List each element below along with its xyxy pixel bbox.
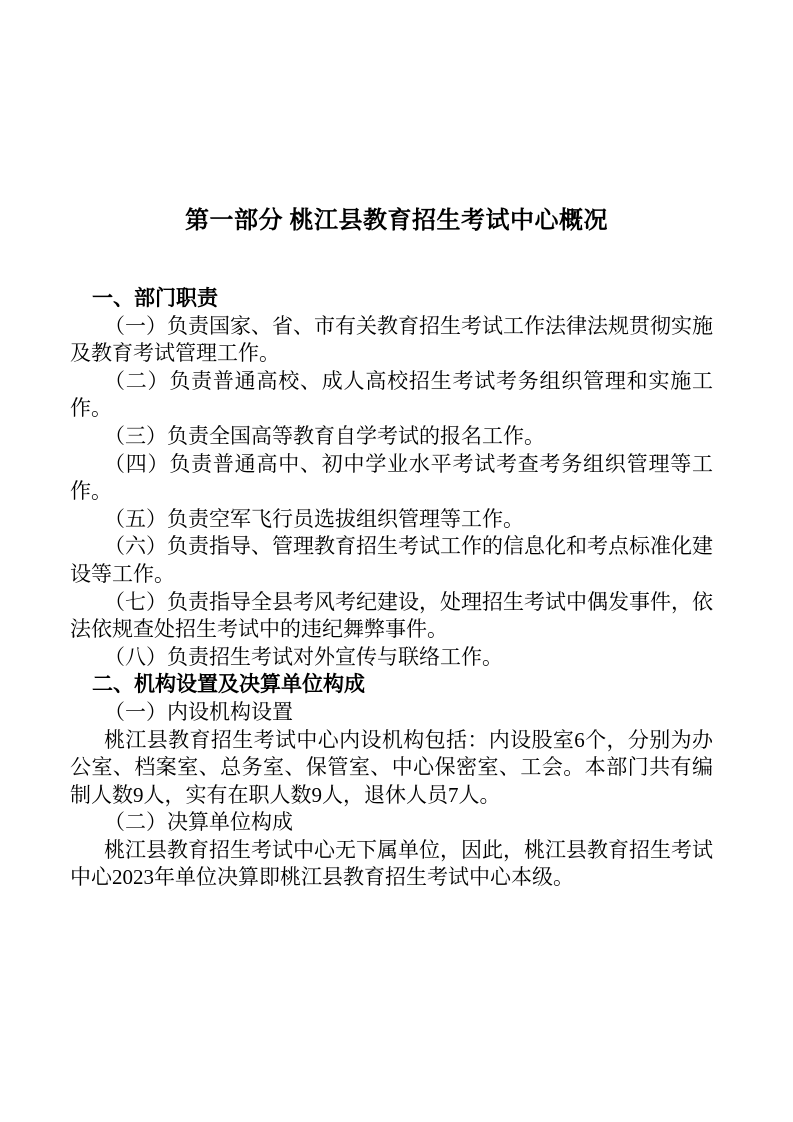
section-heading-organization: 二、机构设置及决算单位构成 — [70, 671, 713, 699]
document-title: 第一部分 桃江县教育招生考试中心概况 — [0, 206, 793, 236]
document-page: 第一部分 桃江县教育招生考试中心概况 一、部门职责 （一）负责国家、省、市有关教… — [0, 0, 793, 1122]
paragraph: 桃江县教育招生考试中心无下属单位，因此，桃江县教育招生考试中心2023年单位决算… — [70, 837, 713, 892]
document-body: 一、部门职责 （一）负责国家、省、市有关教育招生考试工作法律法规贯彻实施及教育考… — [70, 285, 713, 892]
paragraph: （五）负责空军飞行员选拔组织管理等工作。 — [70, 506, 713, 534]
paragraph: （一）内设机构设置 — [70, 699, 713, 727]
paragraph: （四）负责普通高中、初中学业水平考试考查考务组织管理等工作。 — [70, 451, 713, 506]
paragraph: 桃江县教育招生考试中心内设机构包括：内设股室6个，分别为办公室、档案室、总务室、… — [70, 727, 713, 810]
paragraph: （二）决算单位构成 — [70, 809, 713, 837]
paragraph: （一）负责国家、省、市有关教育招生考试工作法律法规贯彻实施及教育考试管理工作。 — [70, 313, 713, 368]
paragraph: （六）负责指导、管理教育招生考试工作的信息化和考点标准化建设等工作。 — [70, 533, 713, 588]
paragraph: （八）负责招生考试对外宣传与联络工作。 — [70, 644, 713, 672]
paragraph: （七）负责指导全县考风考纪建设，处理招生考试中偶发事件，依法依规查处招生考试中的… — [70, 589, 713, 644]
section-heading-duties: 一、部门职责 — [70, 285, 713, 313]
paragraph: （二）负责普通高校、成人高校招生考试考务组织管理和实施工作。 — [70, 368, 713, 423]
paragraph: （三）负责全国高等教育自学考试的报名工作。 — [70, 423, 713, 451]
